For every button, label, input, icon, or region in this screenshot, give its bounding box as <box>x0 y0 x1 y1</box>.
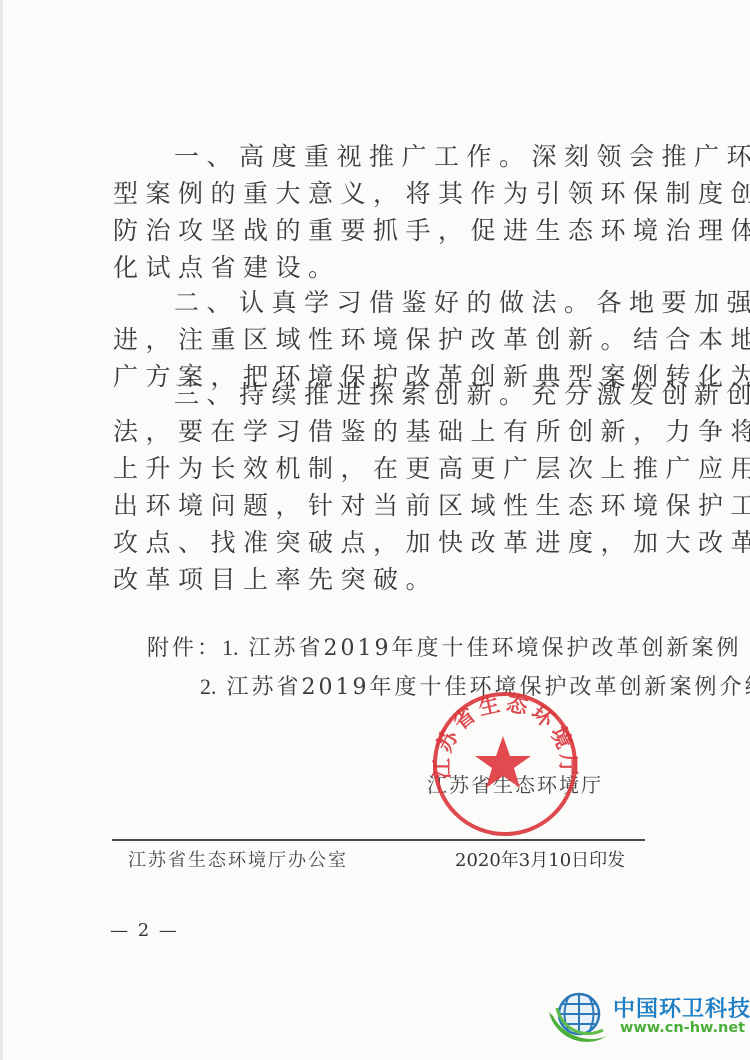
footer-rule <box>112 839 645 841</box>
globe-leaf-icon <box>545 990 611 1050</box>
attachment-label: 附件： <box>147 636 222 661</box>
official-seal-icon: 江苏省生态环境厅 <box>430 690 580 840</box>
text-line: 进，注重区域性环境保护改革创新。结合本地实际，研究制定推 <box>113 321 643 358</box>
watermark-url: www.cn-hw.net <box>620 1020 745 1036</box>
text-line: 化试点省建设。 <box>113 249 643 286</box>
page-edge <box>0 0 3 1060</box>
watermark-logo: 中国环卫科技网 www.cn-hw.net <box>545 990 745 1050</box>
text-line: 改革项目上率先突破。 <box>113 561 643 598</box>
attachment-number: 2. <box>200 674 217 699</box>
paragraph-1: 一、高度重视推广工作。深刻领会推广环境保护改革创新典 型案例的重大意义，将其作为… <box>113 138 643 286</box>
text-line: 上升为长效机制，在更高更广层次上推广应用。要致力于解决突 <box>113 450 643 487</box>
issue-date: 2020年3月10日印发 <box>455 846 625 872</box>
text-line: 型案例的重大意义，将其作为引领环保制度创新、助力打好污染 <box>113 175 643 212</box>
text-line: 一、高度重视推广工作。深刻领会推广环境保护改革创新典 <box>113 138 643 175</box>
text-line: 防治攻坚战的重要抓手，促进生态环境治理体系和治理能力现代 <box>113 212 643 249</box>
paragraph-3: 三、持续推进探索创新。充分激发创新创造活力，探索新做 法，要在学习借鉴的基础上有… <box>113 376 643 598</box>
text-line: 二、认真学习借鉴好的做法。各地要加强统筹协调和组织推 <box>113 284 643 321</box>
attachment-title: 江苏省2019年度十佳环境保护改革创新案例 <box>249 636 742 661</box>
attachment-number: 1. <box>222 635 239 660</box>
attachment-1: 附件：1. 江苏省2019年度十佳环境保护改革创新案例 <box>147 633 742 664</box>
page-number: — 2 — <box>110 920 179 941</box>
watermark-title: 中国环卫科技网 <box>613 992 750 1023</box>
text-line: 三、持续推进探索创新。充分激发创新创造活力，探索新做 <box>113 376 643 413</box>
issuer-office: 江苏省生态环境厅办公室 <box>128 846 348 872</box>
text-line: 法，要在学习借鉴的基础上有所创新，力争将部分改革创新案例 <box>113 413 643 450</box>
text-line: 攻点、找准突破点，加快改革进度，加大改革力度，在一些重要 <box>113 524 643 561</box>
text-line: 出环境问题，针对当前区域性生态环境保护工作的瓶颈，明确主 <box>113 487 643 524</box>
